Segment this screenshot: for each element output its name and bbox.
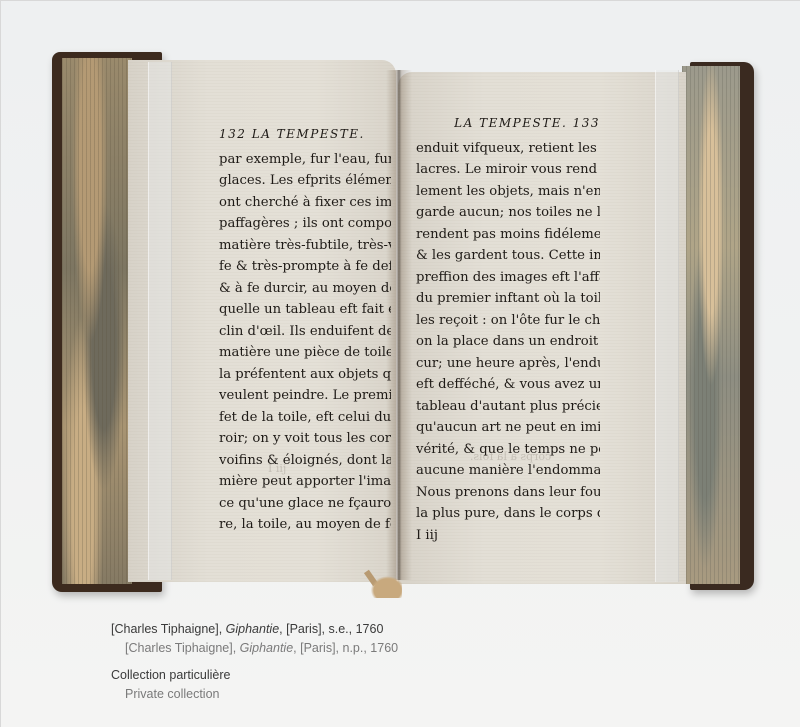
text-line: garde aucun; nos toiles ne les — [416, 202, 600, 224]
text-line: la plus pure, dans le corps de — [416, 503, 600, 525]
text-line: clin d'œil. Ils enduifent de cette — [219, 321, 391, 343]
text-line: fet de la toile, eft celui du mi- — [219, 407, 391, 429]
caption-citation-fr: [Charles Tiphaigne], Giphantie, [Paris],… — [111, 620, 398, 639]
show-through-left: I iij — [268, 462, 286, 475]
text-line: eft defféché, & vous avez un — [416, 374, 600, 396]
museum-caption: [Charles Tiphaigne], Giphantie, [Paris],… — [111, 620, 398, 704]
text-line: mière peut apporter l'image. Mais, — [219, 471, 391, 493]
text-line: veulent peindre. Le premier ef- — [219, 385, 391, 407]
text-line: preffion des images eft l'affaire — [416, 267, 600, 289]
caption-publication: , [Paris], s.e., 1760 — [279, 622, 383, 636]
text-line: Nous prenons dans leur fource — [416, 482, 600, 504]
marbled-page-edge-left — [62, 58, 132, 584]
text-line: rendent pas moins fidélement, — [416, 224, 600, 246]
running-head-left: 132 LA TEMPESTE. — [219, 124, 391, 146]
text-line: aucune manière l'endommager. — [416, 460, 600, 482]
text-line: matière une pièce de toile, & — [219, 342, 391, 364]
text-line: & à fe durcir, au moyen de la- — [219, 278, 391, 300]
page-right-text: LA TEMPESTE. 133 enduit vifqueux, retien… — [416, 113, 600, 546]
text-line: ce qu'une glace ne fçauroit fai- — [219, 493, 391, 515]
printer-signature: I iij — [416, 525, 600, 547]
caption-collection-fr: Collection particulière — [111, 666, 398, 685]
text-line: fe & très-prompte à fe deffécher — [219, 256, 391, 278]
text-line: voifins & éloignés, dont la lu- — [219, 450, 391, 472]
caption-collection-en: Private collection — [111, 685, 398, 704]
running-head-right: LA TEMPESTE. 133 — [416, 113, 600, 135]
caption-author: [Charles Tiphaigne], — [125, 641, 240, 655]
text-line: qu'aucun art ne peut en imiter la — [416, 417, 600, 439]
text-line: enduit vifqueux, retient les fimu- — [416, 138, 600, 160]
display-strap-left — [148, 62, 172, 580]
text-line: la préfentent aux objets qu'ils — [219, 364, 391, 386]
text-line: du premier inftant où la toile — [416, 288, 600, 310]
text-line: on la place dans un endroit obf- — [416, 331, 600, 353]
text-line: matière très-fubtile, très-vifqueu- — [219, 235, 391, 257]
caption-title: Giphantie — [226, 622, 280, 636]
text-line: re, la toile, au moyen de fon — [219, 514, 391, 536]
text-line: ont cherché à fixer ces images — [219, 192, 391, 214]
page-left-text: 132 LA TEMPESTE. par exemple, fur l'eau,… — [219, 124, 391, 536]
caption-publication: , [Paris], n.p., 1760 — [293, 641, 398, 655]
bookmark-ribbon — [366, 572, 402, 598]
text-line: roir; on y voit tous les corps — [219, 428, 391, 450]
caption-title: Giphantie — [240, 641, 294, 655]
display-strap-right — [655, 70, 679, 582]
show-through-right: corps à la fois. — [470, 450, 551, 463]
text-line: paffagères ; ils ont compofé une — [219, 213, 391, 235]
text-line: & les gardent tous. Cette im- — [416, 245, 600, 267]
marbled-page-edge-right — [682, 66, 740, 584]
text-line: lacres. Le miroir vous rend fidé- — [416, 159, 600, 181]
text-line: lement les objets, mais n'en — [416, 181, 600, 203]
text-line: glaces. Les efprits élémentaires — [219, 170, 391, 192]
text-line: par exemple, fur l'eau, fur les — [219, 149, 391, 171]
text-line: cur; une heure après, l'enduit — [416, 353, 600, 375]
text-line: tableau d'autant plus précieux, — [416, 396, 600, 418]
text-line: les reçoit : on l'ôte fur le champ, — [416, 310, 600, 332]
text-line: quelle un tableau eft fait en un — [219, 299, 391, 321]
open-book-photo: 132 LA TEMPESTE. par exemple, fur l'eau,… — [0, 0, 800, 610]
caption-citation-en: [Charles Tiphaigne], Giphantie, [Paris],… — [111, 639, 398, 658]
caption-author: [Charles Tiphaigne], — [111, 622, 226, 636]
